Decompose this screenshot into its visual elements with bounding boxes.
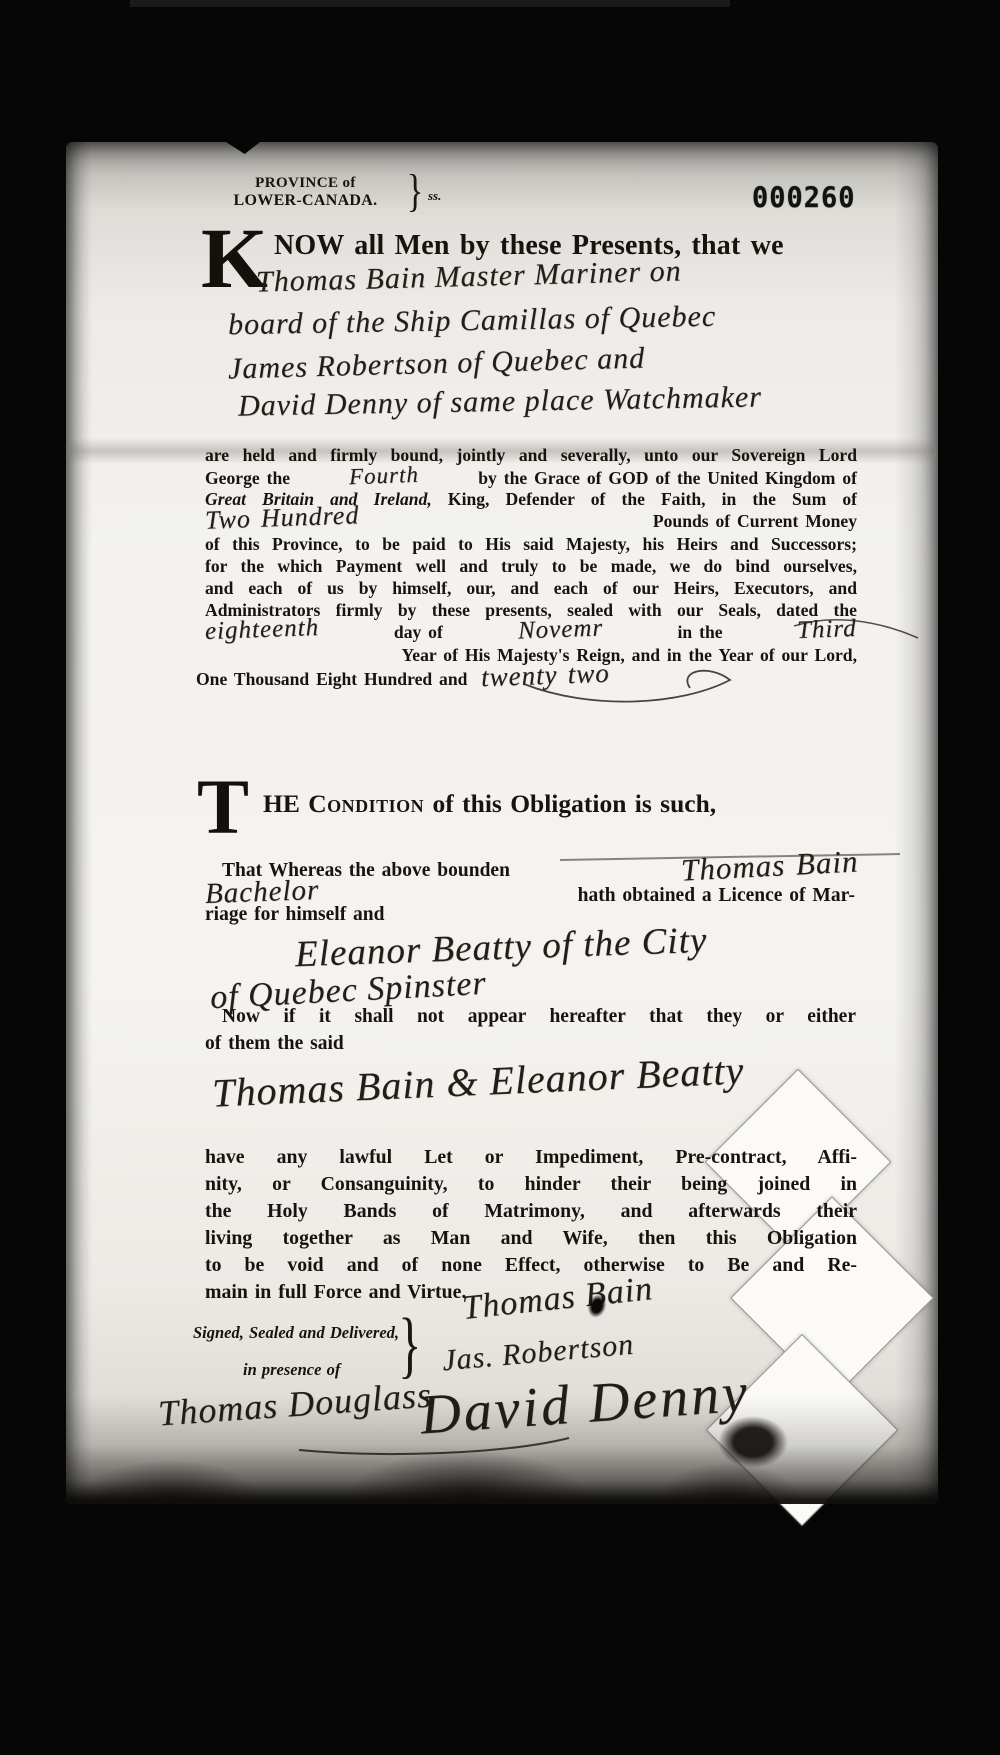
bond-text-line: and each of us by himself, our, and each… — [205, 578, 857, 598]
attestation-line1: Signed, Sealed and Delivered, — [193, 1323, 399, 1343]
handwritten-regnal-name: Fourth — [349, 465, 420, 487]
closing-line: living together as Man and Wife, then th… — [205, 1228, 857, 1249]
handwritten-month: Novemr — [517, 619, 603, 642]
bond-text-line: Two Hundred Pounds of Current Money — [205, 509, 857, 531]
bond-text-line: George the Fourth by the Grace of GOD of… — [205, 467, 857, 488]
ss-abbreviation: ss. — [428, 188, 441, 204]
bond-text-line: of this Province, to be paid to His said… — [205, 534, 857, 554]
province-line1: PROVINCE of — [203, 175, 408, 192]
ink-blot — [718, 1416, 788, 1468]
province-line2: LOWER-CANADA. — [203, 192, 408, 209]
whereas-line: riage for himself and — [205, 904, 385, 926]
handwritten-sum: Two Hundred — [205, 505, 360, 530]
heading-smallcaps: Condition — [308, 789, 424, 818]
bond-printed: day of — [394, 622, 443, 642]
closing-line: to be void and of none Effect, otherwise… — [205, 1255, 857, 1276]
condition-heading: HE Condition of this Obligation is such, — [263, 789, 716, 819]
whereas-printed: hath obtained a Licence of Mar- — [578, 885, 855, 907]
serial-number-stamp: 000260 — [752, 182, 856, 215]
opening-line: NOW all Men by these Presents, that we — [274, 230, 784, 262]
bond-printed: by the Grace of GOD of the United Kingdo… — [478, 468, 857, 488]
scan-artifact-streak — [130, 0, 730, 7]
condition-body-line: of them the said — [205, 1033, 344, 1055]
handwritten-day: eighteenth — [205, 618, 320, 642]
scanned-document-page: PROVINCE of LOWER-CANADA. } ss. 000260 K… — [0, 0, 1000, 1755]
bond-printed: Pounds of Current Money — [653, 511, 857, 531]
bond-printed: George the — [205, 468, 290, 488]
heading-text: of this Obligation is such, — [433, 789, 717, 818]
province-heading: PROVINCE of LOWER-CANADA. — [203, 175, 408, 209]
bond-printed: One Thousand Eight Hundred and — [196, 669, 467, 689]
heading-text: HE — [263, 789, 300, 818]
condition-body-line: Now if it shall not appear hereafter tha… — [222, 1006, 856, 1028]
bond-text-line: eighteenth day of Novemr in the Third — [205, 621, 857, 642]
closing-line: nity, or Consanguinity, to hinder their … — [205, 1174, 857, 1195]
bond-text-line: are held and firmly bound, jointly and s… — [205, 445, 857, 465]
dropcap-t: T — [197, 774, 249, 840]
closing-line: the Holy Bands of Matrimony, and afterwa… — [205, 1201, 857, 1222]
closing-line: have any lawful Let or Impediment, Pre-c… — [205, 1147, 857, 1168]
bond-printed: in the — [678, 622, 723, 642]
pen-flourish — [792, 612, 922, 646]
bond-printed: King, Defender of the Faith, in the Sum … — [448, 489, 857, 509]
bond-text-line: for the which Payment well and truly to … — [205, 556, 857, 576]
pen-flourish — [520, 658, 750, 714]
brace-glyph: } — [407, 164, 424, 217]
attestation-line2: in presence of — [243, 1360, 340, 1380]
